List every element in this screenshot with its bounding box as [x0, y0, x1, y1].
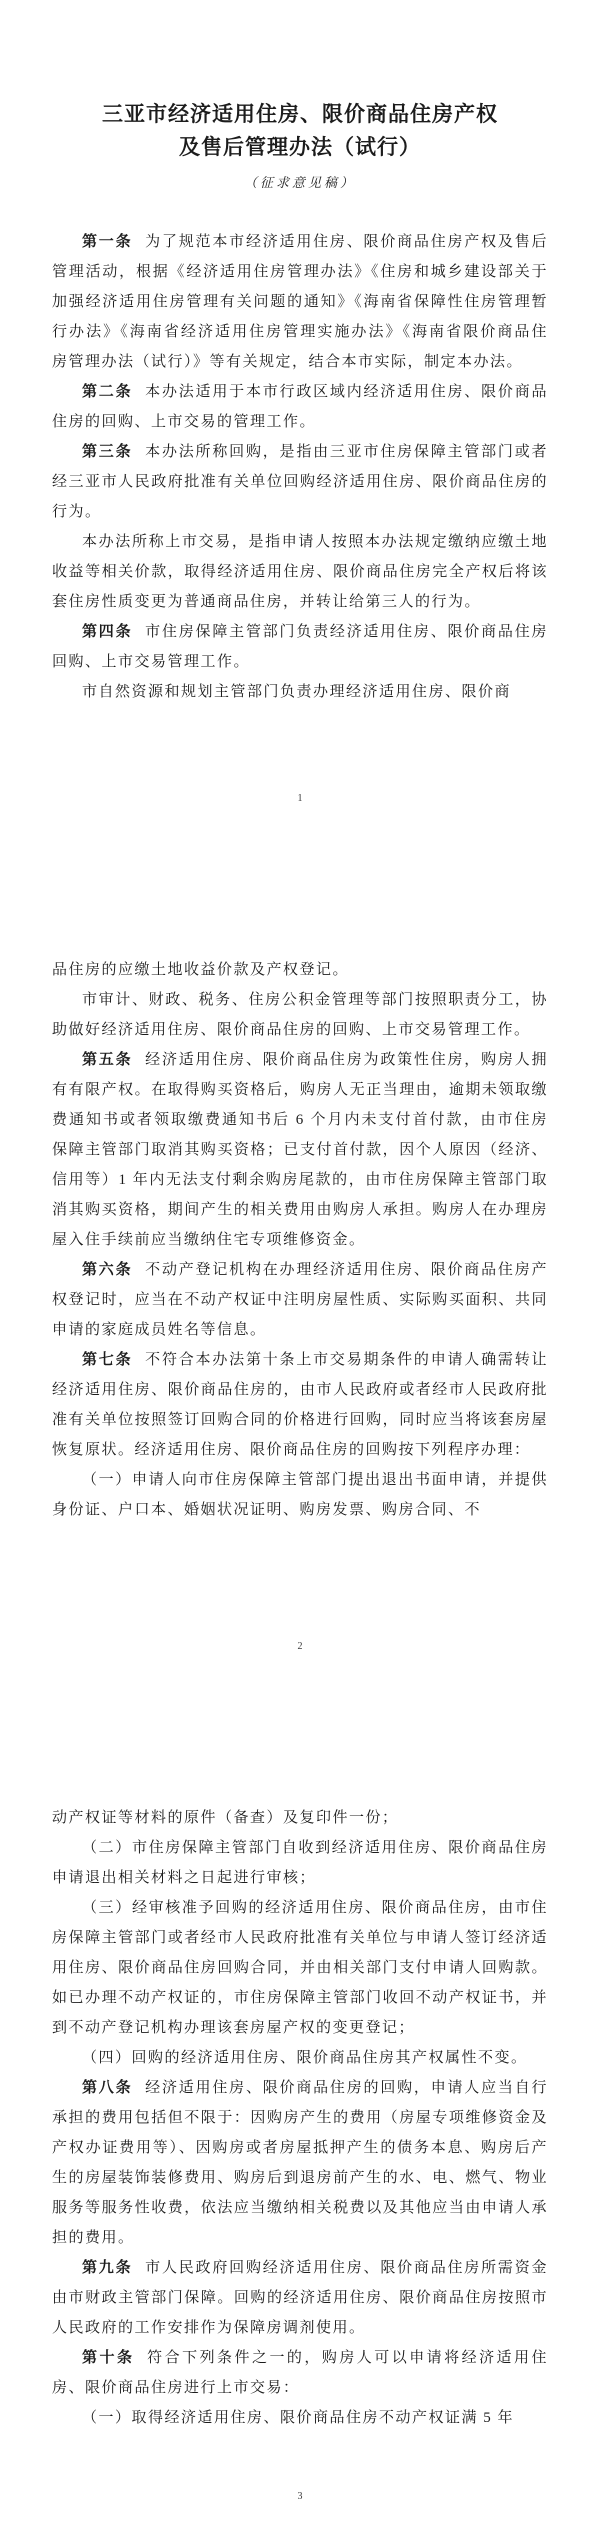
paragraph-text: 动产权证等材料的原件（备查）及复印件一份； — [52, 1810, 399, 1826]
article-paragraph: 第九条市人民政府回购经济适用住房、限价商品住房所需资金由市财政主管部门保障。回购… — [52, 2253, 548, 2343]
paragraph: （一）申请人向市住房保障主管部门提出退出书面申请，并提供身份证、户口本、婚姻状况… — [52, 1465, 548, 1525]
article-label: 第十条 — [82, 2350, 134, 2366]
document-page-2: 品住房的应缴土地收益价款及产权登记。市审计、财政、税务、住房公积金管理等部门按照… — [0, 848, 600, 1696]
paragraph: （二）市住房保障主管部门自收到经济适用住房、限价商品住房申请退出相关材料之日起进… — [52, 1833, 548, 1893]
article-label: 第一条 — [82, 234, 132, 250]
document-page-1: 三亚市经济适用住房、限价商品住房产权及售后管理办法（试行） （征求意见稿） 第一… — [0, 0, 600, 848]
paragraph-text: 经济适用住房、限价商品住房为政策性住房，购房人拥有有限产权。在取得购买资格后，购… — [52, 1052, 548, 1248]
paragraph: 市自然资源和规划主管部门负责办理经济适用住房、限价商 — [52, 677, 548, 707]
article-paragraph: 第四条市住房保障主管部门负责经济适用住房、限价商品住房回购、上市交易管理工作。 — [52, 617, 548, 677]
paragraph: 市审计、财政、税务、住房公积金管理等部门按照职责分工，协助做好经济适用住房、限价… — [52, 985, 548, 1045]
paragraph-text: 经济适用住房、限价商品住房的回购，申请人应当自行承担的费用包括但不限于：因购房产… — [52, 2080, 548, 2246]
paragraph-text: 市自然资源和规划主管部门负责办理经济适用住房、限价商 — [82, 684, 511, 700]
article-paragraph: 第一条为了规范本市经济适用住房、限价商品住房产权及售后管理活动，根据《经济适用住… — [52, 227, 548, 377]
document-subtitle: （征求意见稿） — [52, 173, 548, 193]
article-paragraph: 第二条本办法适用于本市行政区域内经济适用住房、限价商品住房的回购、上市交易的管理… — [52, 377, 548, 437]
article-label: 第四条 — [82, 624, 132, 640]
document-title-line1: 三亚市经济适用住房、限价商品住房产权 — [102, 102, 498, 126]
document-title: 三亚市经济适用住房、限价商品住房产权及售后管理办法（试行） — [52, 0, 548, 164]
paragraph-text: 市审计、财政、税务、住房公积金管理等部门按照职责分工，协助做好经济适用住房、限价… — [52, 992, 548, 1038]
paragraph: 品住房的应缴土地收益价款及产权登记。 — [52, 955, 548, 985]
paragraph-text: （三）经审核准予回购的经济适用住房、限价商品住房，由市住房保障主管部门或者经市人… — [52, 1900, 548, 2036]
page-number-1: 1 — [0, 793, 600, 804]
page-3-body: 动产权证等材料的原件（备查）及复印件一份；（二）市住房保障主管部门自收到经济适用… — [52, 1696, 548, 2433]
page-number-3: 3 — [0, 2491, 600, 2502]
article-label: 第五条 — [82, 1052, 132, 1068]
paragraph-text: （四）回购的经济适用住房、限价商品住房其产权属性不变。 — [82, 2050, 528, 2066]
document-page-3: 动产权证等材料的原件（备查）及复印件一份；（二）市住房保障主管部门自收到经济适用… — [0, 1696, 600, 2546]
paragraph-text: （一）取得经济适用住房、限价商品住房不动产权证满 5 年 — [82, 2410, 514, 2426]
page-1-body: 第一条为了规范本市经济适用住房、限价商品住房产权及售后管理活动，根据《经济适用住… — [52, 227, 548, 707]
document-viewer: { "document": { "title_line1": "三亚市经济适用住… — [0, 0, 600, 2546]
paragraph: 动产权证等材料的原件（备查）及复印件一份； — [52, 1803, 548, 1833]
paragraph: 本办法所称上市交易，是指申请人按照本办法规定缴纳应缴土地收益等相关价款，取得经济… — [52, 527, 548, 617]
paragraph-text: 为了规范本市经济适用住房、限价商品住房产权及售后管理活动，根据《经济适用住房管理… — [52, 234, 548, 370]
article-label: 第八条 — [82, 2080, 132, 2096]
article-paragraph: 第十条符合下列条件之一的，购房人可以申请将经济适用住房、限价商品住房进行上市交易… — [52, 2343, 548, 2403]
article-paragraph: 第六条不动产登记机构在办理经济适用住房、限价商品住房产权登记时，应当在不动产权证… — [52, 1255, 548, 1345]
article-label: 第三条 — [82, 444, 132, 460]
paragraph-text: （一）申请人向市住房保障主管部门提出退出书面申请，并提供身份证、户口本、婚姻状况… — [52, 1472, 548, 1518]
paragraph-text: 品住房的应缴土地收益价款及产权登记。 — [52, 962, 349, 978]
paragraph: （四）回购的经济适用住房、限价商品住房其产权属性不变。 — [52, 2043, 548, 2073]
article-label: 第二条 — [82, 384, 132, 400]
article-label: 第六条 — [82, 1262, 132, 1278]
page-number-2: 2 — [0, 1641, 600, 1652]
article-label: 第七条 — [82, 1352, 132, 1368]
article-paragraph: 第五条经济适用住房、限价商品住房为政策性住房，购房人拥有有限产权。在取得购买资格… — [52, 1045, 548, 1255]
page-2-body: 品住房的应缴土地收益价款及产权登记。市审计、财政、税务、住房公积金管理等部门按照… — [52, 848, 548, 1525]
article-paragraph: 第八条经济适用住房、限价商品住房的回购，申请人应当自行承担的费用包括但不限于：因… — [52, 2073, 548, 2253]
document-title-line2: 及售后管理办法（试行） — [179, 135, 421, 159]
paragraph: （一）取得经济适用住房、限价商品住房不动产权证满 5 年 — [52, 2403, 548, 2433]
article-paragraph: 第三条本办法所称回购，是指由三亚市住房保障主管部门或者经三亚市人民政府批准有关单… — [52, 437, 548, 527]
paragraph-text: （二）市住房保障主管部门自收到经济适用住房、限价商品住房申请退出相关材料之日起进… — [52, 1840, 548, 1886]
article-label: 第九条 — [82, 2260, 132, 2276]
paragraph-text: 本办法所称上市交易，是指申请人按照本办法规定缴纳应缴土地收益等相关价款，取得经济… — [52, 534, 548, 610]
paragraph: （三）经审核准予回购的经济适用住房、限价商品住房，由市住房保障主管部门或者经市人… — [52, 1893, 548, 2043]
article-paragraph: 第七条不符合本办法第十条上市交易期条件的申请人确需转让经济适用住房、限价商品住房… — [52, 1345, 548, 1465]
